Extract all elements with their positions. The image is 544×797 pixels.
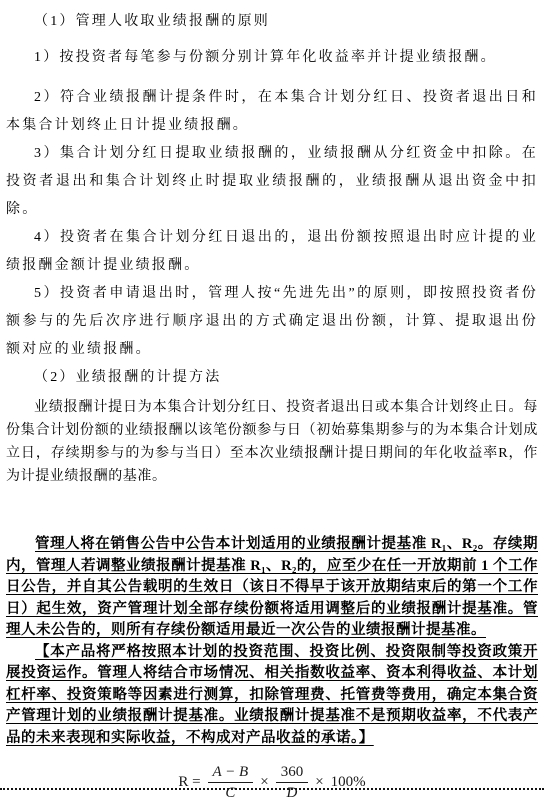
section2-paragraph: 业绩报酬计提日为本集合计划分红日、投资者退出日或本集合计划终止日。每份集合计划份… — [6, 396, 538, 488]
section2-heading: （2）业绩报酬的计提方法 — [6, 364, 538, 392]
section1-heading: （1）管理人收取业绩报酬的原则 — [6, 8, 538, 36]
notice-paragraph-benchmark-adjustment: 管理人将在销售公告中公告本计划适用的业绩报酬计提基准 R₁、R₂。存续期内，管理… — [6, 534, 538, 642]
formula-fraction-1-denominator: C — [225, 783, 235, 797]
annualized-return-formula: R = A − B C × 360 D × 100% — [6, 763, 538, 797]
document-body: （1）管理人收取业绩报酬的原则 1）按投资者每笔参与份额分别计算年化收益率并计提… — [0, 0, 544, 797]
formula-fraction-1: A − B C — [208, 763, 254, 797]
formula-fraction-1-numerator: A − B — [208, 763, 254, 783]
formula-fraction-2: 360 D — [276, 763, 309, 797]
page-bottom-dotted-divider — [0, 788, 544, 790]
section1-item-3: 3）集合计划分红日提取业绩报酬的，业绩报酬从分红资金中扣除。在投资者退出和集合计… — [6, 140, 538, 224]
document-page: （1）管理人收取业绩报酬的原则 1）按投资者每笔参与份额分别计算年化收益率并计提… — [0, 0, 544, 797]
section1-item-4: 4）投资者在集合计划分红日退出的，退出份额按照退出时应计提的业绩报酬金额计提业绩… — [6, 224, 538, 280]
formula-fraction-2-numerator: 360 — [276, 763, 309, 783]
notice-paragraph-disclaimer: 【本产品将严格按照本计划的投资范围、投资比例、投资限制等投资政策开展投资运作。管… — [6, 642, 538, 750]
formula-fraction-2-denominator: D — [287, 783, 298, 797]
section1-item-1: 1）按投资者每笔参与份额分别计算年化收益率并计提业绩报酬。 — [6, 44, 538, 72]
section1-item-5: 5）投资者申请退出时，管理人按“先进先出”的原则，即按照投资者份额参与的先后次序… — [6, 280, 538, 364]
section1-item-2: 2）符合业绩报酬计提条件时，在本集合计划分红日、投资者退出日和本集合计划终止日计… — [6, 84, 538, 140]
